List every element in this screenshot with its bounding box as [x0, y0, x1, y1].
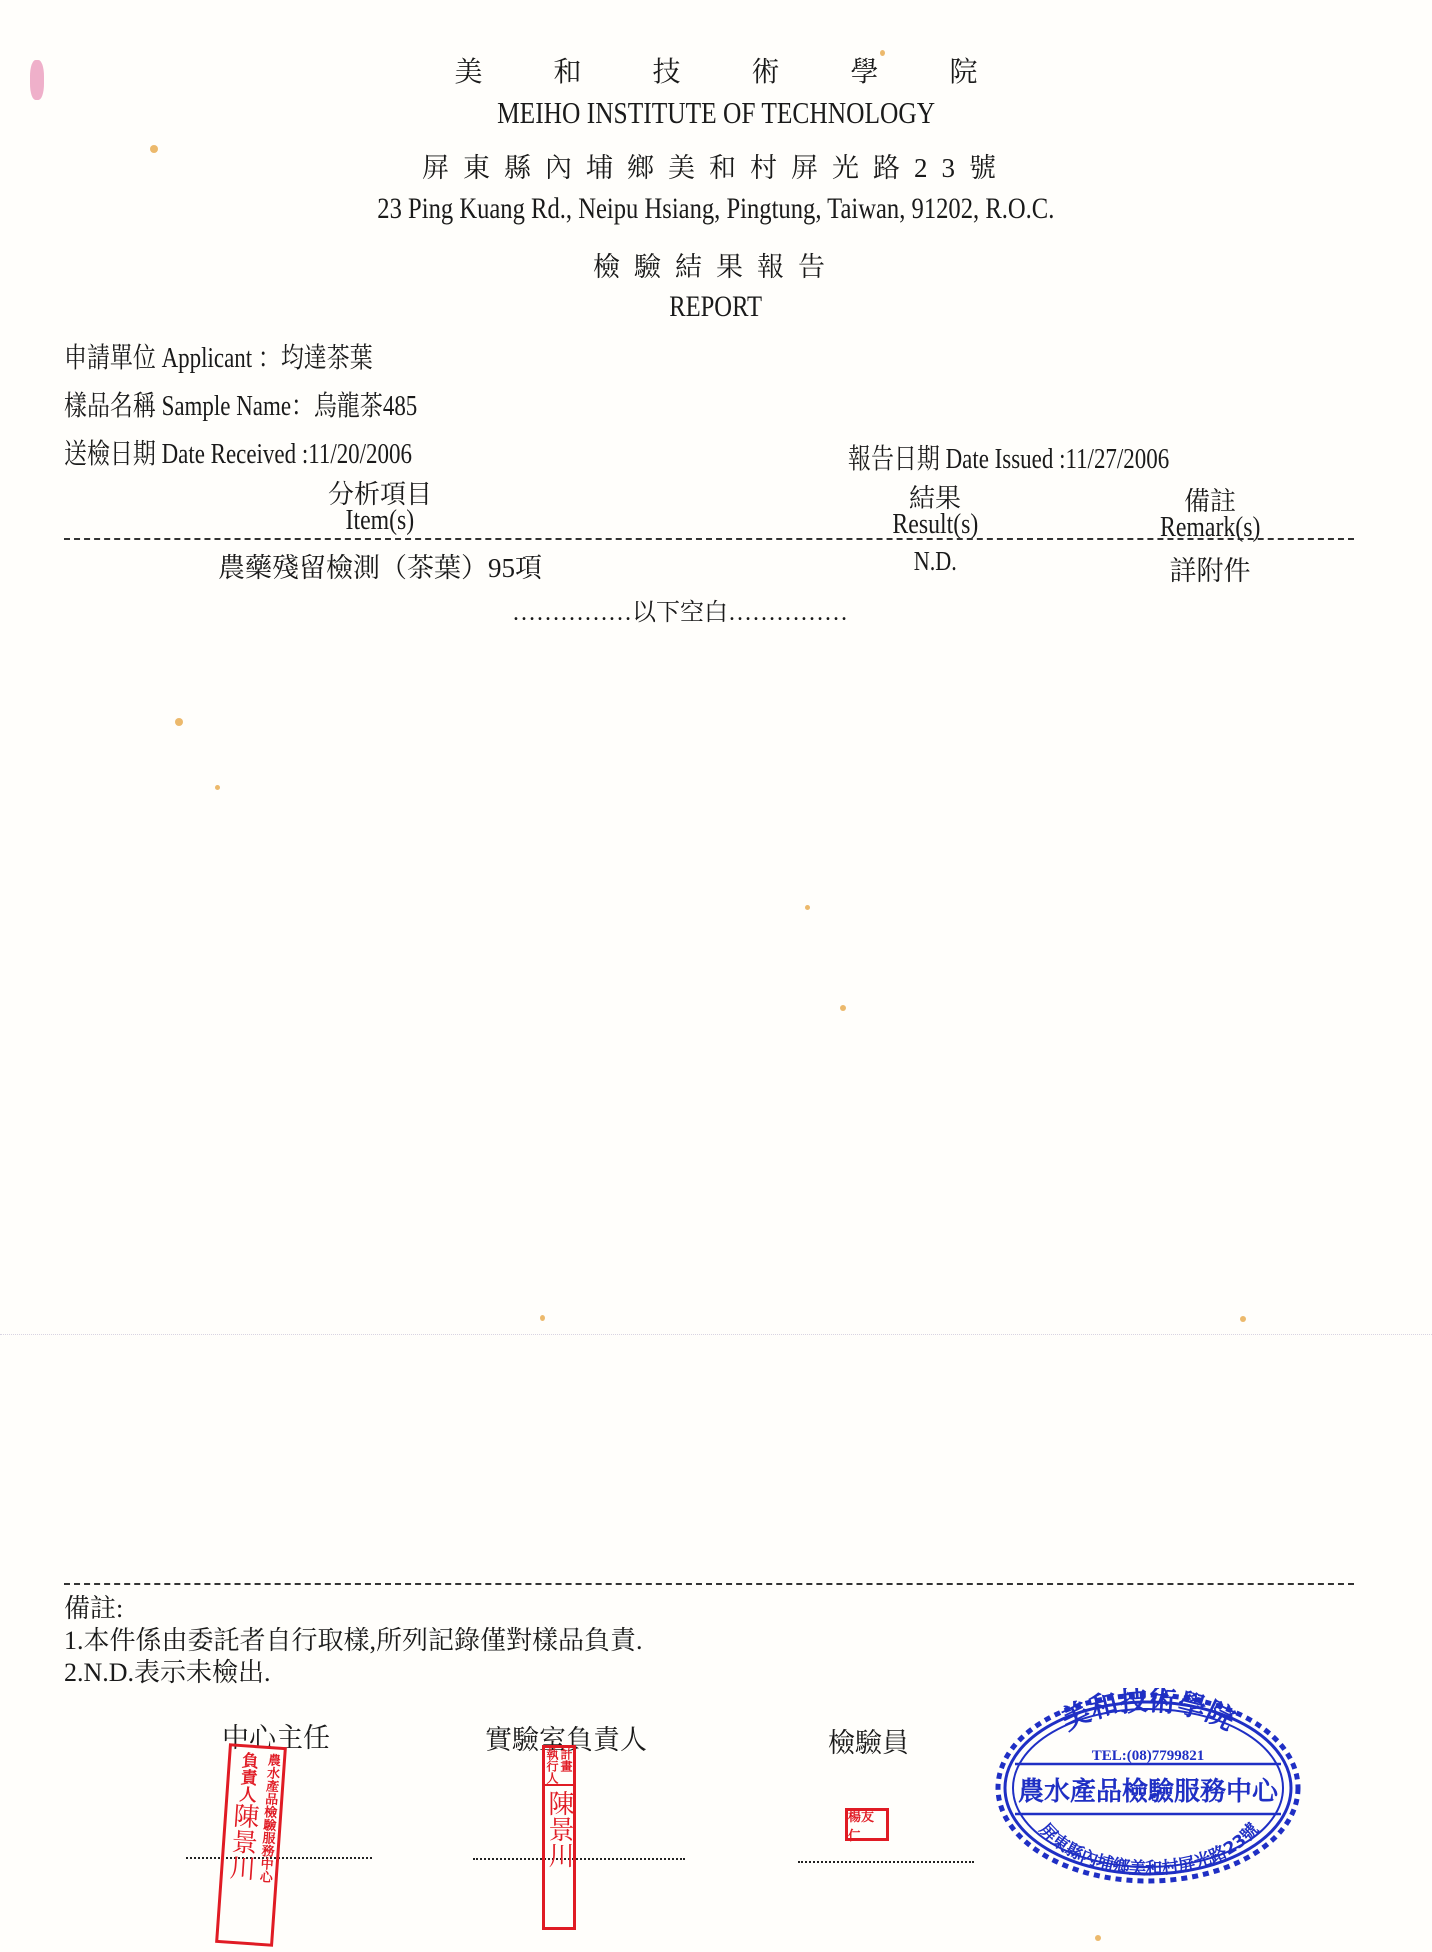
lab-head-stamp-role-left: 執行人 [545, 1748, 559, 1784]
institution-char: 美 [419, 50, 518, 90]
sample-name-value: 烏龍茶485 [314, 391, 417, 422]
date-received-label: 送檢日期 Date Received : [64, 439, 308, 470]
fold-crease [0, 1334, 1432, 1335]
report-title-en: REPORT [0, 290, 1432, 324]
report-title-en-text: REPORT [670, 290, 763, 324]
official-seal: 美和技術學院 TEL:(08)7799821 農水產品檢驗服務中心 屏東縣內埔鄉… [988, 1688, 1308, 1888]
inspector-stamp: 楊友仁 [845, 1808, 889, 1841]
inspector-label: 檢驗員 [828, 1721, 909, 1760]
row-result-text: N.D. [913, 546, 956, 577]
institution-char: 技 [617, 50, 716, 90]
sample-name-field: 樣品名稱 Sample Name：烏龍茶485 [64, 384, 495, 424]
address-en: 23 Ping Kuang Rd., Neipu Hsiang, Pingtun… [0, 192, 1432, 226]
svg-text:屏東縣內埔鄉美和村屏光路23號: 屏東縣內埔鄉美和村屏光路23號 [1035, 1819, 1263, 1879]
institution-char: 和 [518, 50, 617, 90]
seal-graphic: 美和技術學院 TEL:(08)7799821 農水產品檢驗服務中心 屏東縣內埔鄉… [988, 1688, 1308, 1888]
date-issued-value: 11/27/2006 [1065, 444, 1169, 475]
row-remark: 詳附件 [1110, 549, 1310, 588]
notes-divider [64, 1583, 1354, 1585]
sample-name-label: 樣品名稱 Sample Name： [64, 391, 314, 422]
applicant-label: 申請單位 Applicant ： [64, 343, 281, 374]
table-row: 農藥殘留檢測（茶葉）95項 N.D. 詳附件 [0, 546, 1432, 586]
end-of-items-marker: ……………以下空白…………… [400, 592, 960, 627]
report-title-cn: 檢驗結果報告 [0, 245, 1432, 284]
institution-char: 院 [914, 50, 1013, 90]
address-cn: 屏東縣內埔鄉美和村屏光路23號 [0, 146, 1432, 185]
col-item-en: Item(s) [230, 504, 530, 537]
institution-name-en: MEIHO INSTITUTE OF TECHNOLOGY [0, 95, 1432, 131]
applicant-value: 均達茶葉 [281, 343, 373, 374]
lab-head-stamp: 計畫 執行人 陳景川 [542, 1745, 576, 1930]
row-result: N.D. [835, 546, 1035, 577]
institution-char: 術 [716, 50, 815, 90]
date-issued-label: 報告日期 Date Issued : [848, 444, 1065, 475]
table-header-divider [64, 538, 1354, 540]
director-stamp-role: 負責人 [235, 1751, 259, 1803]
date-received-field: 送檢日期 Date Received :11/20/2006 [64, 432, 488, 472]
row-item: 農藥殘留檢測（茶葉）95項 [160, 546, 600, 585]
date-issued-field: 報告日期 Date Issued :11/27/2006 [848, 437, 1240, 477]
lab-head-stamp-name: 陳景川 [544, 1790, 574, 1868]
svg-text:美和技術學院: 美和技術學院 [1056, 1688, 1240, 1737]
inspector-signature-line [798, 1861, 974, 1863]
applicant-field: 申請單位 Applicant ：均達茶葉 [64, 336, 440, 376]
lab-head-signature-line [473, 1858, 685, 1860]
col-item-en-text: Item(s) [346, 504, 415, 537]
col-result-en: Result(s) [835, 508, 1035, 541]
director-stamp: 農水產品檢驗服務中心 負責人 陳景川 [215, 1743, 287, 1947]
note-item-2: 2.N.D.表示未檢出. [64, 1652, 271, 1689]
col-result-en-text: Result(s) [892, 508, 978, 541]
institution-name-en-text: MEIHO INSTITUTE OF TECHNOLOGY [497, 95, 935, 131]
institution-name-cn: 美和技術學院 [0, 50, 1432, 90]
inspector-stamp-name: 楊友仁 [848, 1806, 886, 1844]
institution-char: 學 [815, 50, 914, 90]
svg-text:農水產品檢驗服務中心: 農水產品檢驗服務中心 [1018, 1777, 1279, 1807]
address-en-text: 23 Ping Kuang Rd., Neipu Hsiang, Pingtun… [377, 192, 1054, 226]
lab-head-stamp-role-right: 計畫 [559, 1748, 573, 1784]
director-stamp-name: 陳景川 [226, 1801, 259, 1881]
date-received-value: 11/20/2006 [308, 439, 412, 470]
svg-text:TEL:(08)7799821: TEL:(08)7799821 [1092, 1748, 1205, 1764]
